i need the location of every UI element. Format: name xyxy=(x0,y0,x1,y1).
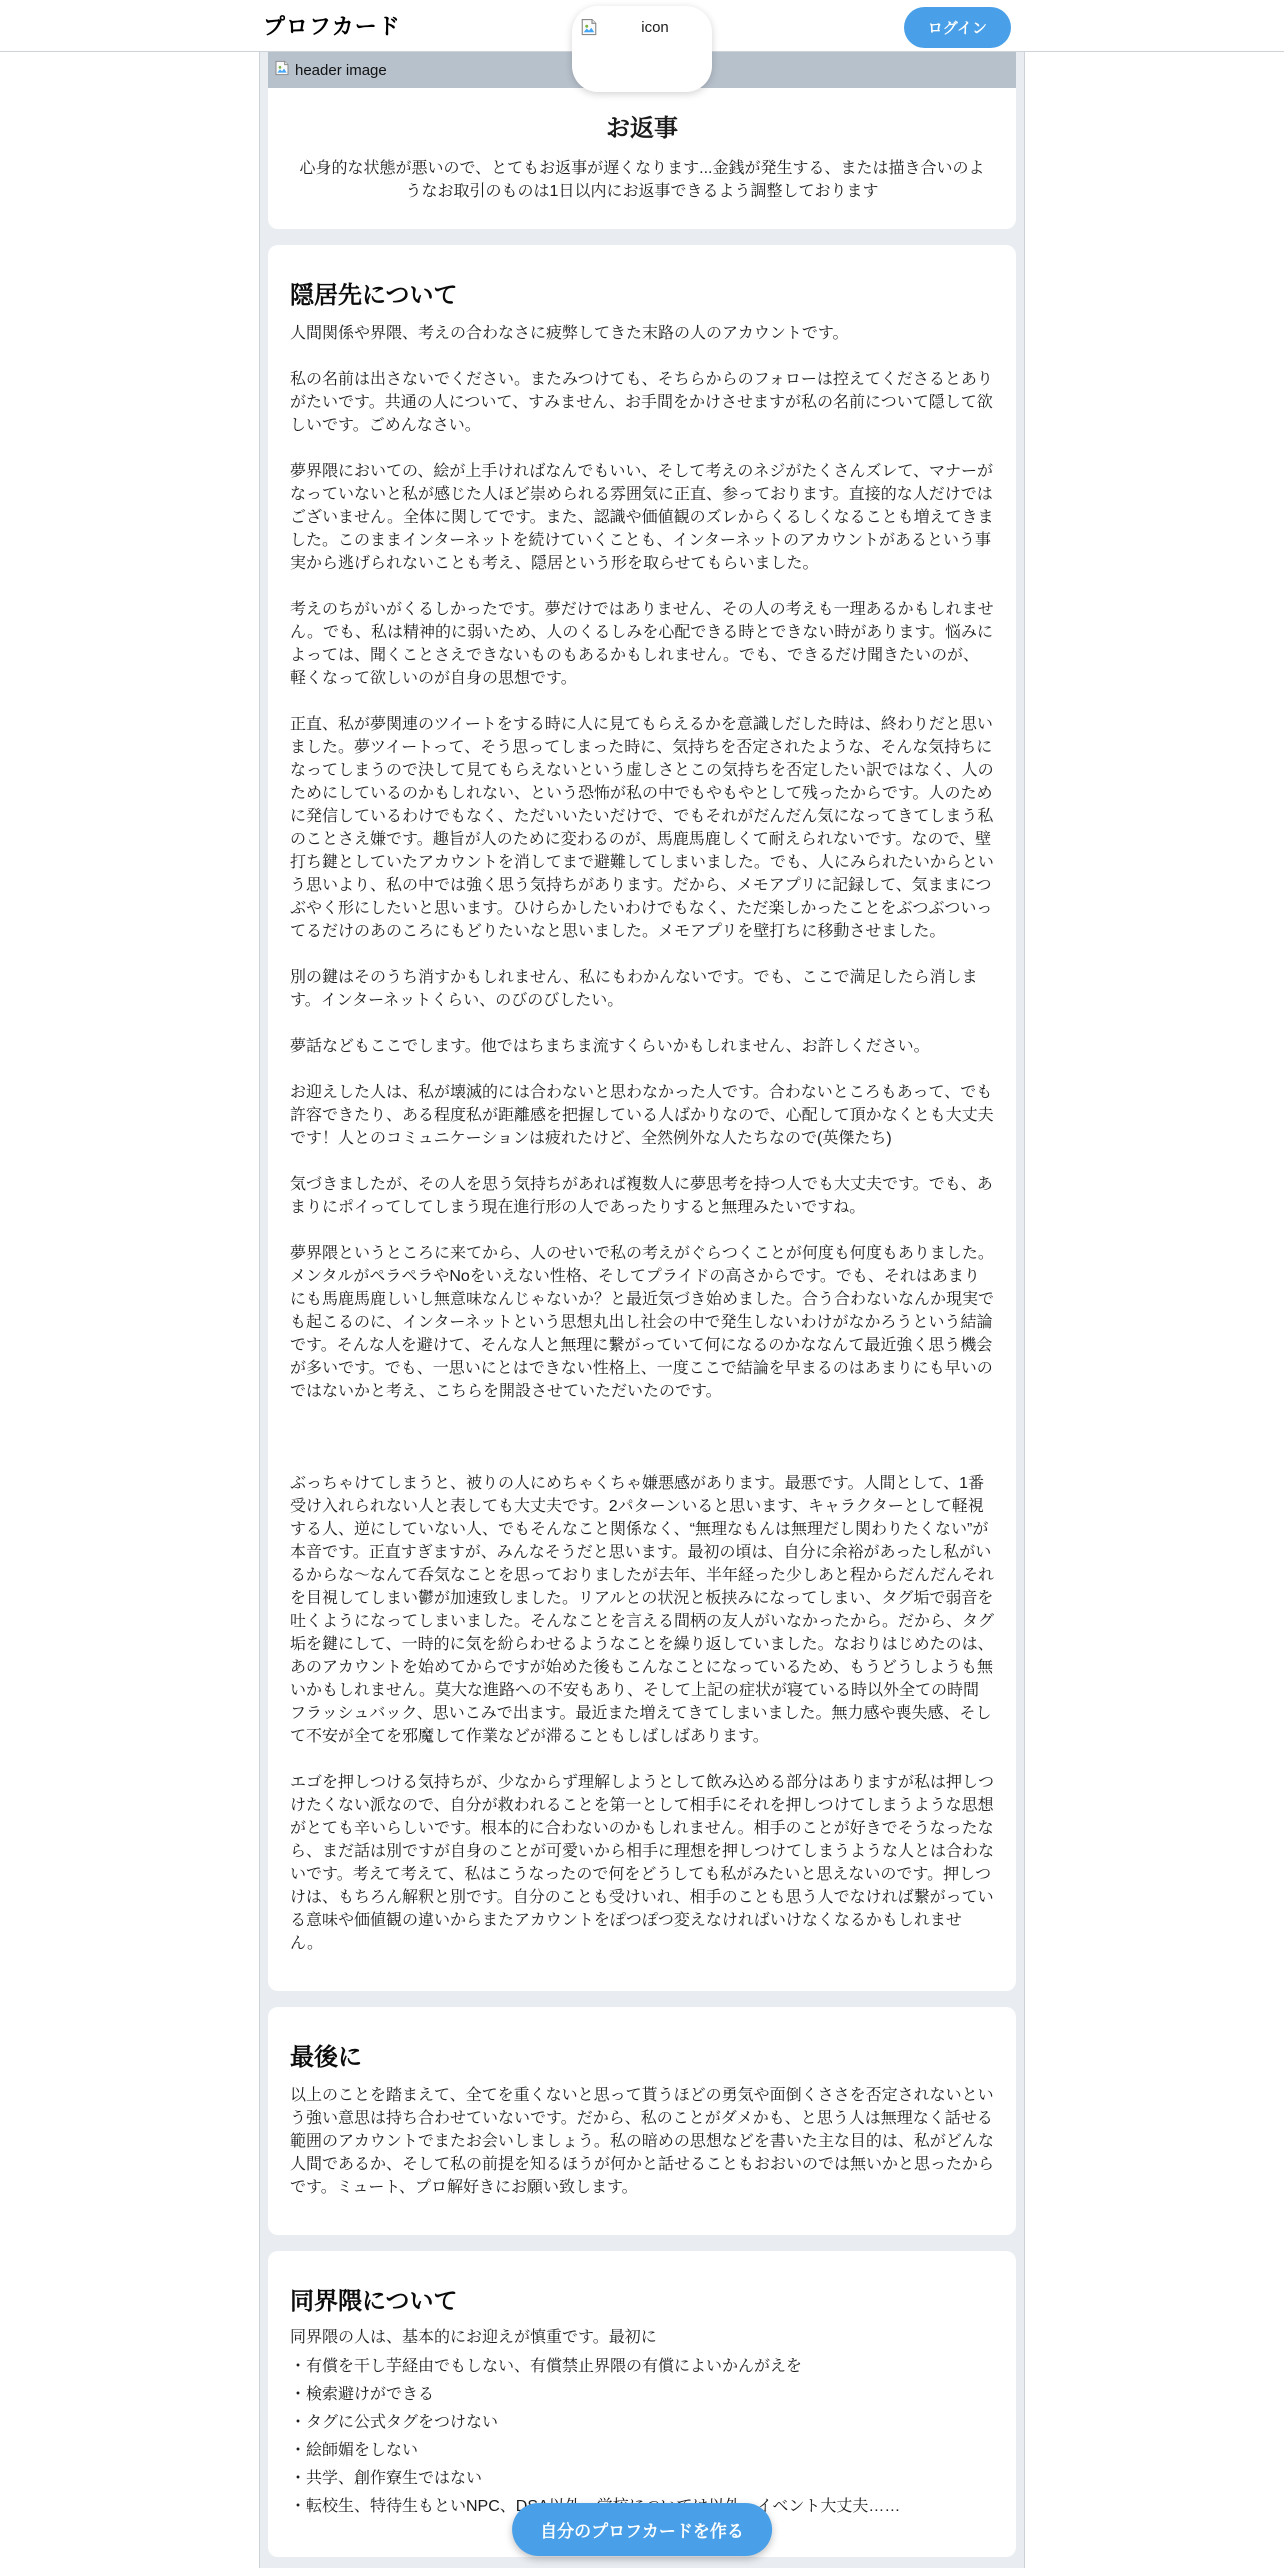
list-item: ・共学、創作寮生ではない xyxy=(290,2465,994,2492)
section-paragraph: 夢話などもここでします。他ではちまちま流すくらいかもしれません、お許しください。 xyxy=(290,1035,994,1058)
section-paragraph: 夢界隈というところに来てから、人のせいで私の考えがぐらつくことが何度も何度もあり… xyxy=(290,1242,994,1403)
blank-line xyxy=(290,1426,994,1449)
site-logo: プロフカード xyxy=(259,10,401,41)
section-card-retreat: 隠居先について 人間関係や界隈、考えの合わなさに疲弊してきた末路の人のアカウント… xyxy=(268,245,1016,1991)
broken-image-icon xyxy=(580,18,598,41)
profile-title: お返事 xyxy=(288,108,996,143)
list-item: ・検索避けができる xyxy=(290,2381,994,2408)
section-paragraph: 考えのちがいがくるしかったです。夢だけではありません、その人の考えも一理あるかも… xyxy=(290,598,994,690)
section-card-finally: 最後に 以上のことを踏まえて、全てを重くないと思って貰うほどの勇気や面倒くささを… xyxy=(268,2007,1016,2235)
section-paragraph: ぶっちゃけてしまうと、被りの人にめちゃくちゃ嫌悪感があります。最悪です。人間とし… xyxy=(290,1472,994,1748)
section-paragraph: 私の名前は出さないでください。またみつけても、そちらからのフォローは控えてくださ… xyxy=(290,368,994,437)
section-paragraph: 以上のことを踏まえて、全てを重くないと思って貰うほどの勇気や面倒くささを否定され… xyxy=(290,2084,994,2199)
section-heading: 同界隈について xyxy=(290,2281,994,2316)
section-intro: 同界隈の人は、基本的にお迎えが慎重です。最初に xyxy=(290,2326,994,2349)
section-paragraph: 正直、私が夢関連のツイートをする時に人に見てもらえるかを意識しだした時は、終わり… xyxy=(290,713,994,943)
section-heading: 隠居先について xyxy=(290,275,994,310)
section-paragraph: 別の鍵はそのうち消すかもしれません、私にもわかんないです。でも、ここで満足したら… xyxy=(290,966,994,1012)
section-heading: 最後に xyxy=(290,2037,994,2072)
header-image-alt-text: header image xyxy=(295,62,387,79)
section-paragraph: 夢界隈においての、絵が上手ければなんでもいい、そして考えのネジがたくさんズレて、… xyxy=(290,460,994,575)
list-item: ・絵師媚をしない xyxy=(290,2437,994,2464)
login-button[interactable]: ログイン xyxy=(904,7,1011,48)
page-column: header image お返事 心身的な状態が悪いので、とてもお返事が遅くなり… xyxy=(259,52,1025,2568)
section-paragraph: お迎えした人は、私が壊滅的には合わないと思わなかった人です。合わないところもあっ… xyxy=(290,1081,994,1150)
condition-list: ・有償を干し芋経由でもしない、有償禁止界隈の有償によいかんがえを ・検索避けがで… xyxy=(290,2353,994,2520)
list-item: ・有償を干し芋経由でもしない、有償禁止界隈の有償によいかんがえを xyxy=(290,2353,994,2380)
section-paragraph: 気づきましたが、その人を思う気持ちがあれば複数人に夢思考を持つ人でも大丈夫です。… xyxy=(290,1173,994,1219)
profile-subtitle: 心身的な状態が悪いので、とてもお返事が遅くなります...金銭が発生する、または描… xyxy=(288,157,996,203)
avatar-alt-text: icon xyxy=(606,19,704,36)
section-paragraph: 人間関係や界隈、考えの合わなさに疲弊してきた末路の人のアカウントです。 xyxy=(290,322,994,345)
create-profcard-button[interactable]: 自分のプロフカードを作る xyxy=(512,2503,772,2556)
profile-avatar: icon xyxy=(572,6,712,92)
broken-image-icon xyxy=(274,60,290,81)
section-paragraph: エゴを押しつける気持ちが、少なからず理解しようとして飲み込める部分はありますが私… xyxy=(290,1771,994,1955)
list-item: ・タグに公式タグをつけない xyxy=(290,2409,994,2436)
